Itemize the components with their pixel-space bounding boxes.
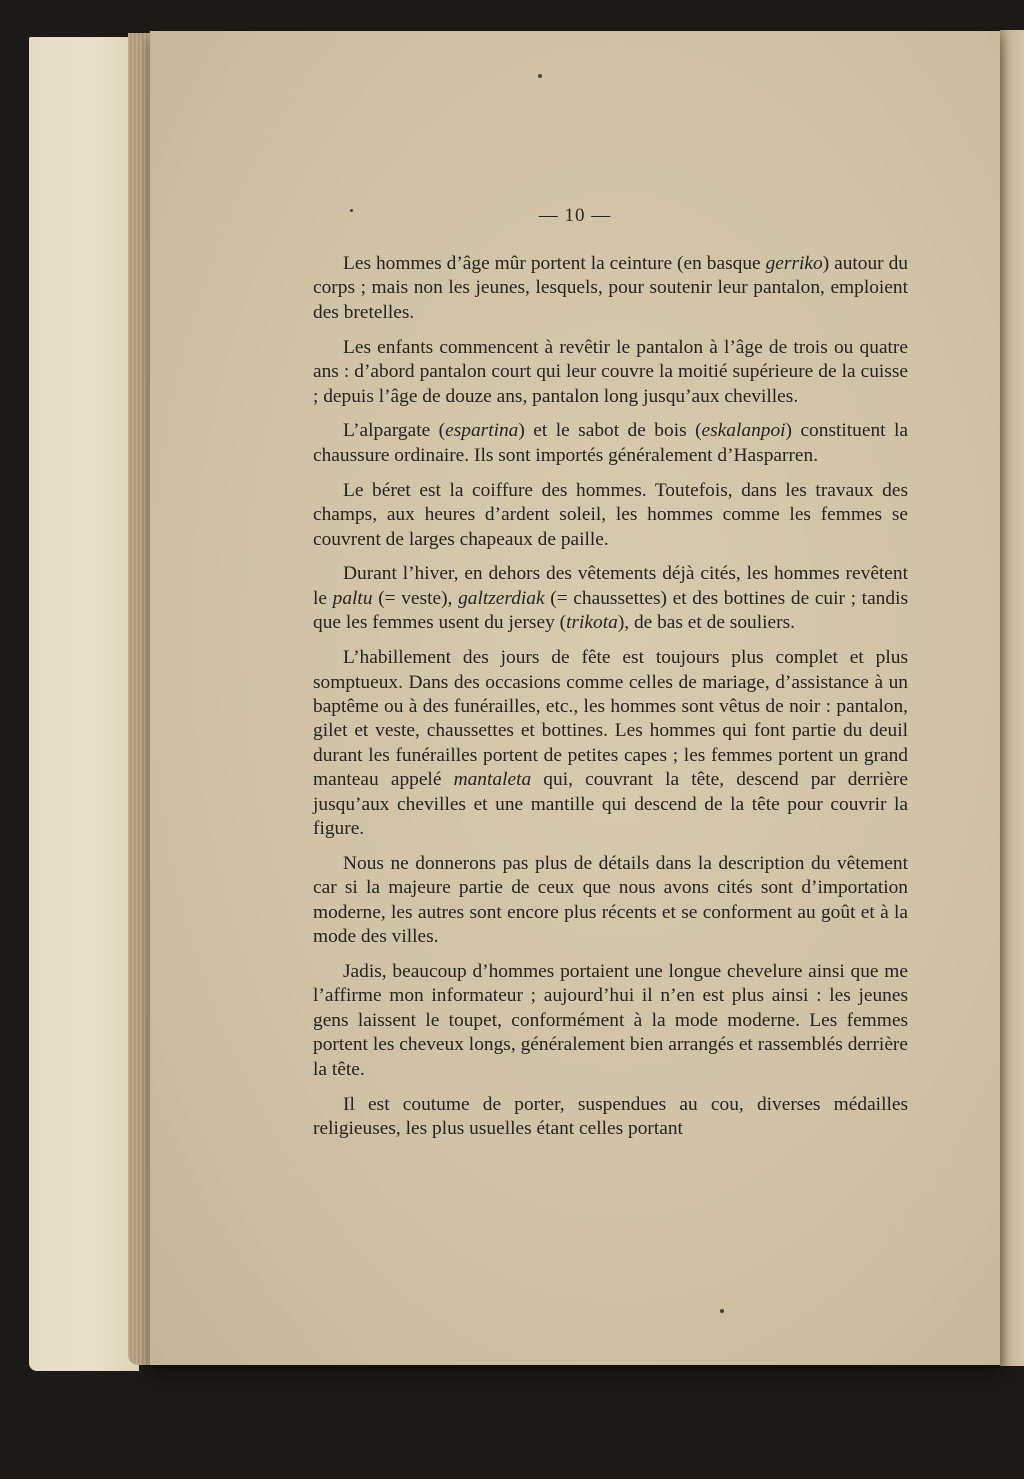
next-page-edge <box>1000 30 1024 1366</box>
page-edges-stack <box>128 33 151 1365</box>
text-run: ), de bas et de souliers. <box>618 612 795 633</box>
paragraph: L’alpargate (espartina) et le sabot de b… <box>313 419 908 468</box>
basque-term: galtzerdiak <box>458 588 545 609</box>
paragraph: Les hommes d’âge mûr portent la ceinture… <box>313 252 908 325</box>
page-number: — 10 — <box>150 205 1000 227</box>
paragraph: Les enfants commencent à revêtir le pant… <box>313 336 908 409</box>
paragraph: L’habillement des jours de fête est touj… <box>313 646 908 841</box>
text-run: Il est coutume de porter, suspendues au … <box>313 1094 908 1139</box>
basque-term: paltu <box>333 588 373 609</box>
text-run: (= veste), <box>373 588 459 609</box>
basque-term: trikota <box>566 612 618 633</box>
paragraph: Nous ne donnerons pas plus de détails da… <box>313 852 908 950</box>
paragraph: Jadis, beaucoup d’hommes portaient une l… <box>313 960 908 1082</box>
body-text: Les hommes d’âge mûr portent la ceinture… <box>313 252 908 1152</box>
paragraph: Le béret est la coiffure des hommes. Tou… <box>313 479 908 552</box>
paragraph: Durant l’hiver, en dehors des vêtements … <box>313 562 908 635</box>
paper-speck <box>720 1309 724 1313</box>
text-run: ) et le sabot de bois ( <box>518 420 701 441</box>
basque-term: espartina <box>445 420 518 441</box>
paper-speck <box>538 74 542 78</box>
text-run: Les enfants commencent à revêtir le pant… <box>313 337 908 407</box>
text-run: Le béret est la coiffure des hommes. Tou… <box>313 480 908 550</box>
paragraph: Il est coutume de porter, suspendues au … <box>313 1093 908 1142</box>
basque-term: mantaleta <box>454 769 532 790</box>
text-run: L’alpargate ( <box>343 420 445 441</box>
basque-term: eskalanpoi <box>702 420 786 441</box>
book-page: — 10 — Les hommes d’âge mûr portent la c… <box>150 31 1000 1365</box>
book-cover-flap <box>29 37 139 1371</box>
text-run: Jadis, beaucoup d’hommes portaient une l… <box>313 961 908 1080</box>
text-run: Les hommes d’âge mûr portent la ceinture… <box>343 253 766 274</box>
basque-term: gerriko <box>766 253 823 274</box>
text-run: Nous ne donnerons pas plus de détails da… <box>313 853 908 947</box>
